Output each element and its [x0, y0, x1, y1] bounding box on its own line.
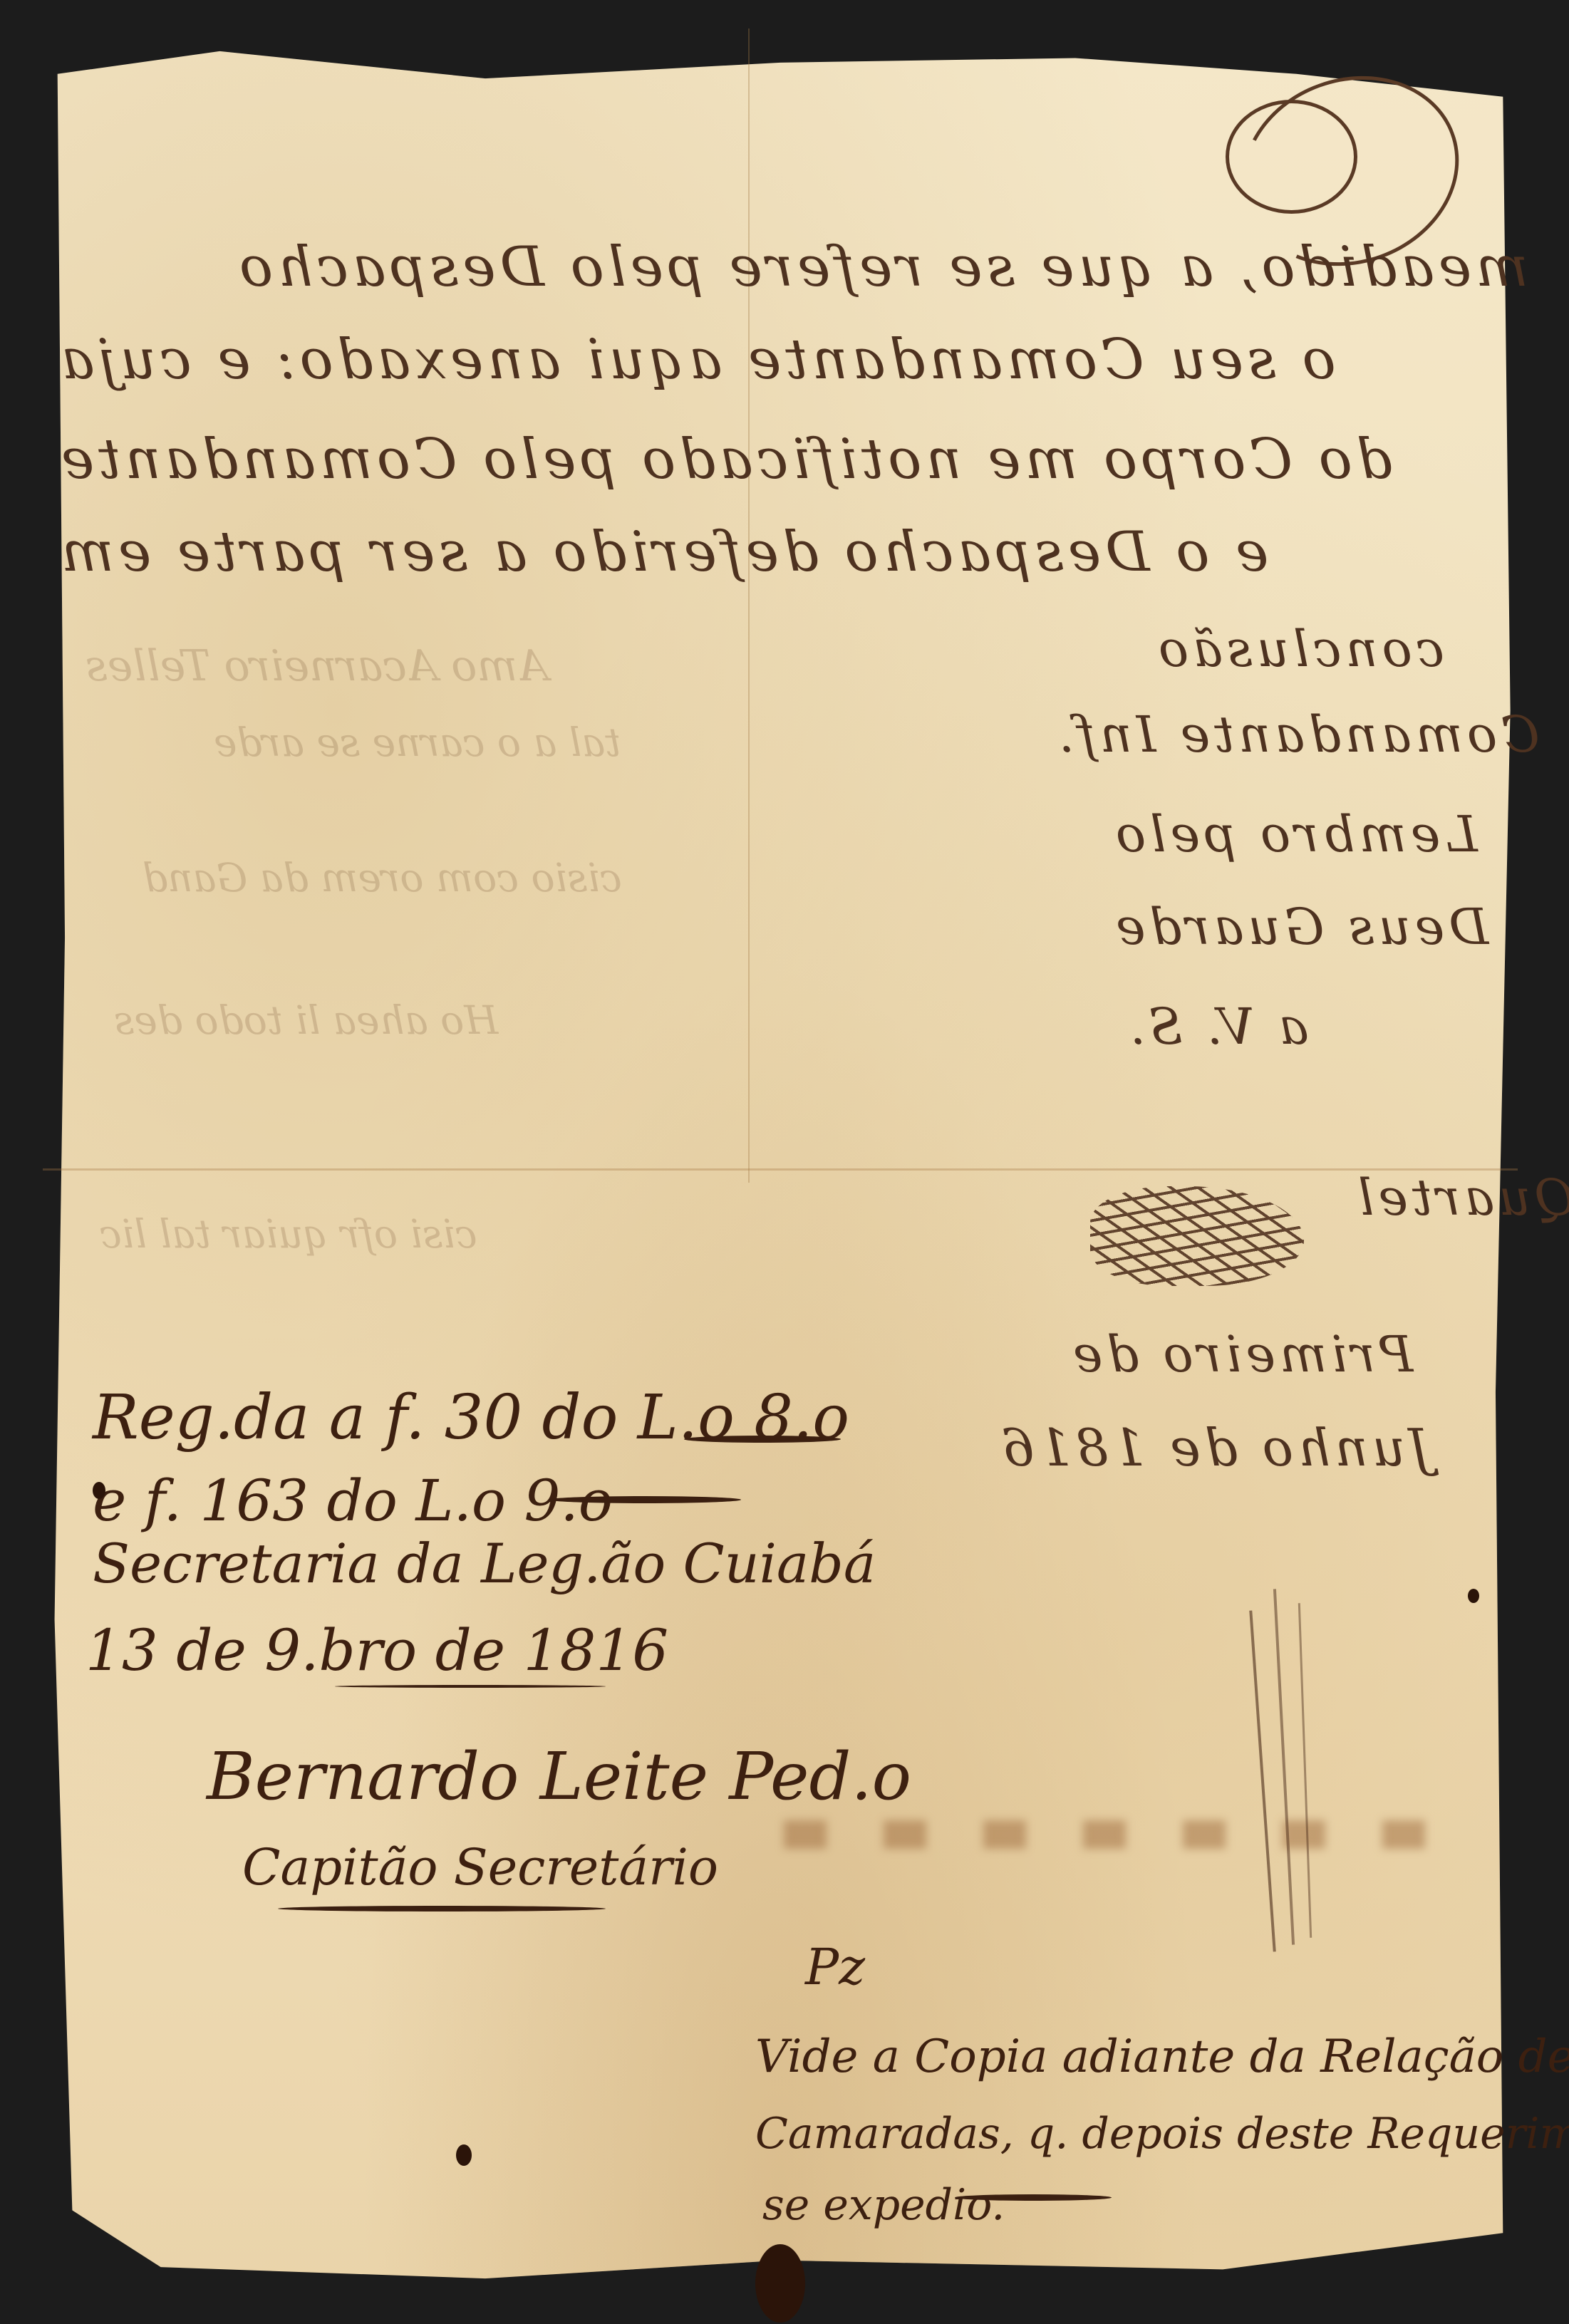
bleed-line: Deus Guarde [1112, 898, 1488, 956]
despacho-line: Camaradas, q. depois deste Requerimento [755, 2109, 1569, 2159]
signature-name: Bernardo Leite Ped.o [207, 1738, 911, 1815]
horizontal-fold-line [43, 1168, 1518, 1171]
bleed-line: meadido, a que se refere pelo Despacho [235, 235, 1528, 299]
ghost-text: Amo Acarneiro Telles [86, 641, 549, 691]
ghost-text: Ho ahea li todo des [114, 997, 498, 1043]
water-stain [784, 1820, 1425, 1849]
bleed-line: do Corpo me notificado pelo Comandante [57, 427, 1392, 492]
ink-blot [755, 2244, 805, 2323]
ink-blot [93, 1482, 105, 1499]
signature-underline [278, 1906, 606, 1911]
ghost-text: cisi ofr quiar tal lic [100, 1211, 477, 1257]
vertical-fold-line [748, 28, 750, 1183]
bleed-line: o seu Comandante aqui anexado: e cuja [57, 328, 1336, 392]
circle-flourish-inner [1226, 100, 1357, 214]
registry-line: e f. 163 do L.o 9.o [93, 1468, 613, 1534]
despacho-line: se expedio. [762, 2180, 1005, 2230]
bleed-line: e o Despacho deferido a ser parte em [57, 520, 1268, 584]
despacho-flourish [955, 2194, 1112, 2201]
registry-date: 13 de 9.bro de 1816 [86, 1617, 668, 1684]
ink-blot [456, 2144, 472, 2166]
bleed-line: Quartel [1354, 1168, 1569, 1227]
flourish-line [549, 1496, 741, 1503]
bleed-line: Junho de 1816 [998, 1418, 1430, 1478]
ghost-text: cisio com orem da Gand [143, 855, 622, 901]
registry-line: Reg.da a f. 30 do L.o 8.o [93, 1382, 849, 1453]
despacho-mark: Pz [805, 1938, 865, 1996]
signature-title: Capitão Secretário [242, 1838, 718, 1897]
bleed-line: Lembro pelo [1112, 805, 1478, 863]
bleed-line: conclusão [1154, 620, 1444, 678]
bleed-line: Primeiro de [1069, 1325, 1413, 1384]
registry-line: Secretaria da Leg.ão Cuiabá [93, 1532, 876, 1595]
underline [335, 1685, 606, 1688]
bleed-line: a V. S. [1126, 997, 1309, 1056]
despacho-line: Vide a Copia adiante da Relação de [755, 2030, 1569, 2083]
bleed-line: Comandante Inf. [1055, 705, 1540, 764]
ink-blot [1468, 1589, 1479, 1603]
flourish-line [684, 1436, 841, 1443]
ghost-text: tal a o carne se arde [214, 720, 621, 765]
